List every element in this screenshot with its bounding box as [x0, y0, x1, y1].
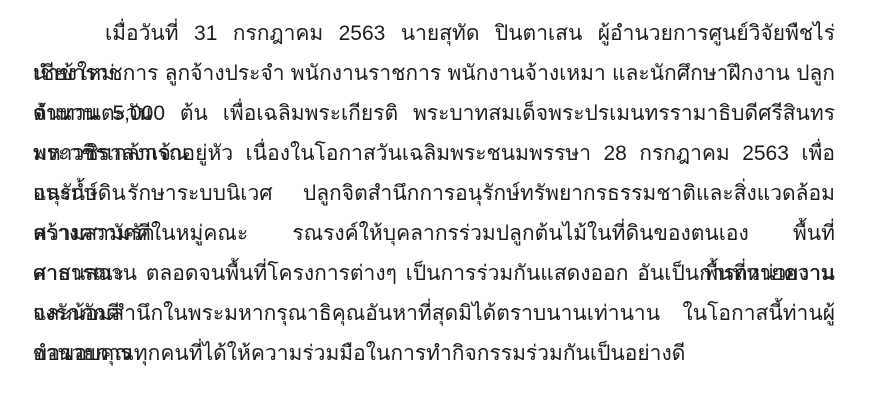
paragraph: เมื่อวันที่ 31 กรกฎาคม 2563 นายสุทัด ปิน…	[0, 0, 871, 374]
paragraph-line-1: เมื่อวันที่ 31 กรกฎาคม 2563 นายสุทัด ปิน…	[33, 14, 835, 54]
paragraph-line-5: และน้ำ รักษาระบบนิเวศ ปลูกจิตสำนึกการอนุ…	[33, 174, 835, 214]
paragraph-line-9: ขอขอบคุณทุกคนที่ได้ให้ความร่วมมือในการทำ…	[33, 334, 835, 374]
paragraph-line-2: นำข้าราชการ ลูกจ้างประจำ พนักงานราชการ พ…	[33, 54, 835, 94]
paragraph-line-8: และน้อมสำนึกในพระมหากรุณาธิคุณอันหาที่สุ…	[33, 294, 835, 334]
paragraph-line-6: ความสามัคคีในหมู่คณะ รณรงค์ให้บุคลากรร่ว…	[33, 214, 835, 254]
document-page: เมื่อวันที่ 31 กรกฎาคม 2563 นายสุทัด ปิน…	[0, 0, 871, 405]
paragraph-line-4: พระวชิรเกล้าเจ้าอยู่หัว เนื่องในโอกาสวัน…	[33, 134, 835, 174]
paragraph-line-3: จำนวน 5,000 ต้น เพื่อเฉลิมพระเกียรติ พระ…	[33, 94, 835, 134]
paragraph-line-7: ศาสนสถาน ตลอดจนพื้นที่โครงการต่างๆ เป็นก…	[33, 254, 835, 294]
